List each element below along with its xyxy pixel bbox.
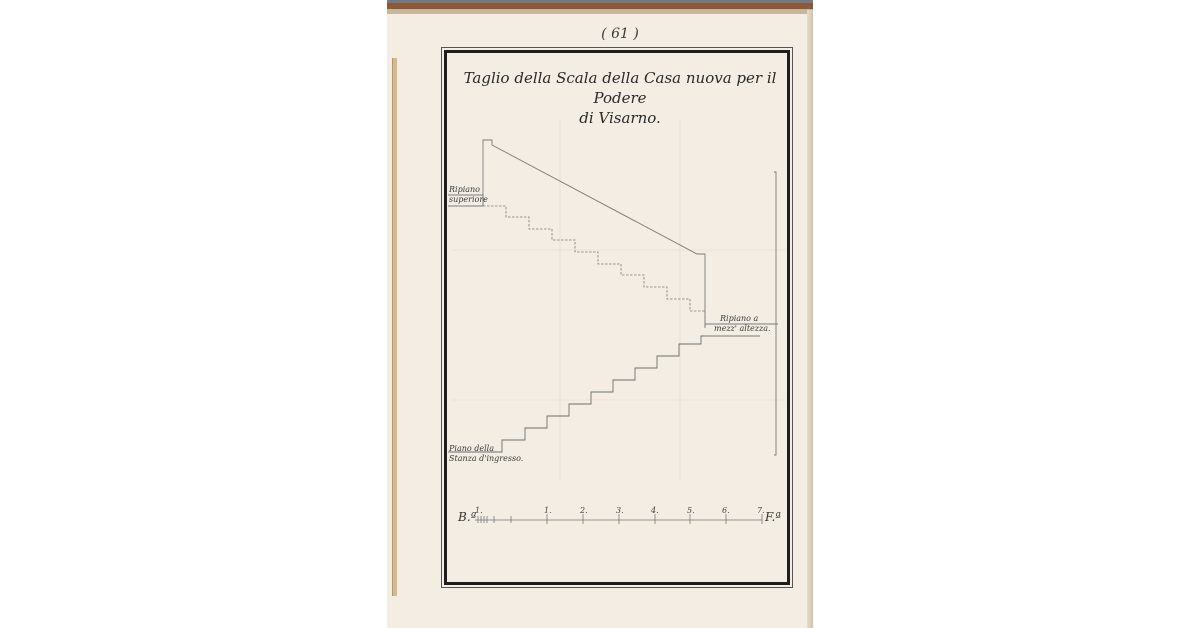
label-line: Piano della [449,444,523,454]
scale-tick-label: 6. [722,506,730,515]
scale-tick-label: 2. [580,506,588,515]
label-line: Ripiano [449,185,488,195]
scale-bar [475,514,762,524]
faint-grid [452,120,786,480]
label-ground-floor: Piano della Stanza d'ingresso. [449,444,523,464]
scale-left-label: B.ª [458,510,476,524]
label-line: mezz' altezza. [714,324,771,334]
scale-tick-label: 1. [544,506,552,515]
label-line: Stanza d'ingresso. [449,454,523,464]
lower-flight-steps [448,336,705,452]
upper-flight [448,140,705,328]
scale-tick-label: 3. [616,506,624,515]
right-wall [774,172,776,455]
label-mid-landing: Ripiano a mezz' altezza. [714,314,771,334]
label-line: superiore [449,195,488,205]
scale-tick-label: 7. [757,506,765,515]
scale-right-label: F.ª [765,510,781,524]
staircase-section-drawing [0,0,1200,628]
scale-tick-label: 4. [651,506,659,515]
scale-tick-label: 1. [475,506,483,515]
label-line: Ripiano a [714,314,771,324]
scale-tick-label: 5. [687,506,695,515]
label-upper-landing: Ripiano superiore [449,185,488,205]
upper-flight-steps [483,206,705,328]
